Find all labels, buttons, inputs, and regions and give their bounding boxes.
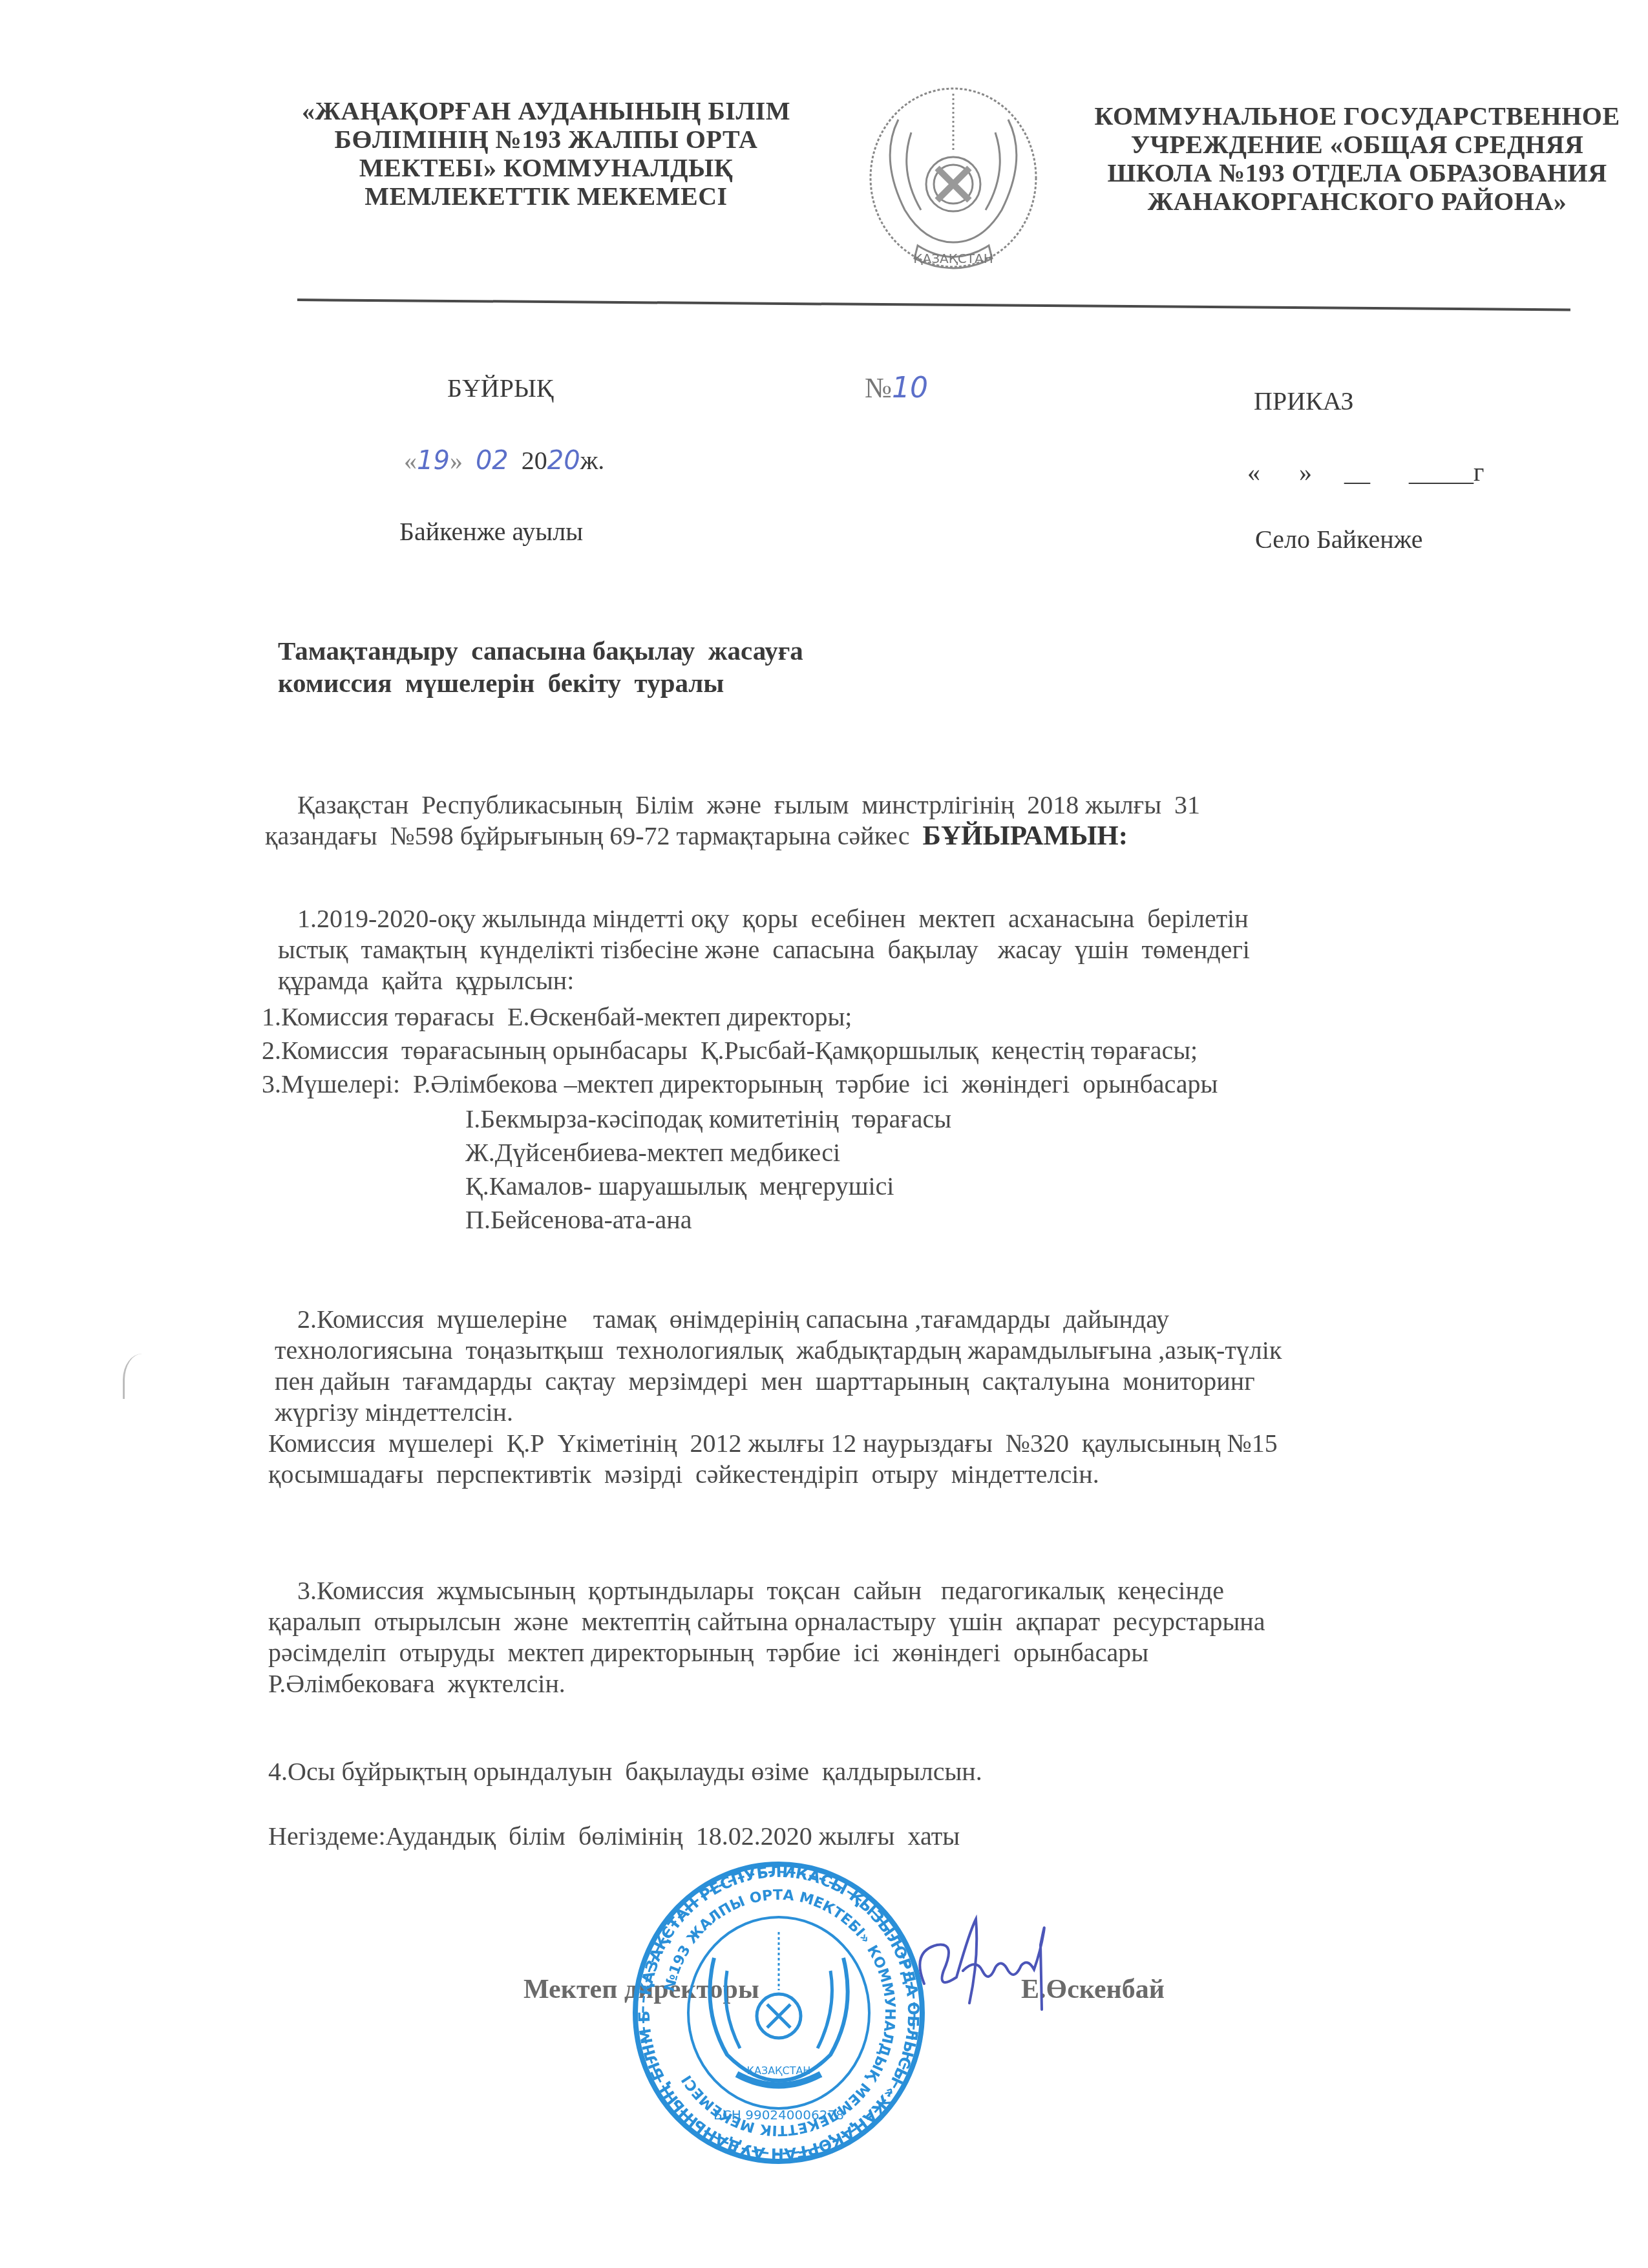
date-suffix: ж. [580,446,605,475]
place-kazakh: Байкенже ауылы [399,517,583,547]
order-number-value: 10 [892,372,928,404]
header-divider [297,299,1570,311]
member: Ж.Дүйсенбиева-мектеп медбикесі [465,1136,951,1170]
item-line: Комиссия мүшелері Қ.Р Үкіметінің 2012 жы… [265,1428,1545,1459]
item-2: 2.Комиссия мүшелеріне тамақ өнімдерінің … [265,1304,1545,1490]
item-3: 3.Комиссия жұмысының қортындылары тоқсан… [265,1575,1545,1699]
order-number: №10 [865,373,928,403]
item-line: жүргізу міндеттелсін. [265,1397,1545,1428]
item-line: 3.Комиссия жұмысының қортындылары тоқсан… [265,1575,1545,1606]
item-line: 1.2019-2020-оқу жылында міндетті оқу қор… [265,903,1545,934]
order-label-kazakh: БҰЙРЫҚ [447,373,554,403]
item-line: 2.Комиссия мүшелеріне тамақ өнімдерінің … [265,1304,1545,1335]
members-list: І.Бекмырза-кәсіподақ комитетінің төрағас… [465,1102,951,1237]
preamble: Қазақстан Республикасының Білім және ғыл… [265,790,1545,852]
org-line: МЕМЛЕКЕТТІК МЕКЕМЕСІ [271,182,821,211]
date-year-suffix: 20 [547,446,580,476]
order-date-kazakh: «19» 02 2020ж. [404,446,604,476]
composition-item: 1.Комиссия төрағасы Е.Өскенбай-мектеп ди… [262,1000,1541,1034]
org-line: ШКОЛА №193 ОТДЕЛА ОБРАЗОВАНИЯ [1073,159,1642,187]
item-line: қосымшадағы перспективтік мәзірді сәйкес… [265,1459,1545,1490]
basis: Негіздеме:Аудандық білім бөлімінің 18.02… [268,1821,1548,1852]
svg-text:ҚАЗАҚСТАН: ҚАЗАҚСТАН [913,251,993,266]
preamble-text: қазандағы №598 бұйрығының 69-72 тармақта… [265,821,910,850]
org-line: УЧРЕЖДЕНИЕ «ОБЩАЯ СРЕДНЯЯ [1073,131,1642,159]
scan-margin-mark [123,1354,144,1399]
date-day: 19 [417,446,450,476]
quote: « [404,446,417,475]
org-name-kazakh: «ЖАҢАҚОРҒАН АУДАНЫНЫҢ БІЛІМ БӨЛІМІНІҢ №1… [271,97,821,211]
handwritten-signature-icon [898,1906,1066,2022]
order-date-russian: « » __ _____г [1247,457,1484,487]
item-line: рәсімделіп отыруды мектеп директорының т… [265,1637,1545,1668]
item-line: ыстық тамақтың күнделікті тізбесіне және… [265,934,1545,965]
order-directive: БҰЙЫРАМЫН: [923,821,1128,851]
member: Қ.Камалов- шаруашылық меңгерушісі [465,1170,951,1203]
item-line: Р.Әлімбековаға жүктелсін. [265,1668,1545,1699]
title-line: Тамақтандыру сапасына бақылау жасауға [278,635,803,667]
item-line: қаралып отырылсын және мектептің сайтына… [265,1606,1545,1637]
item-line: пен дайын тағамдарды сақтау мерзімдері м… [265,1366,1545,1397]
preamble-line: Қазақстан Республикасының Білім және ғыл… [265,790,1545,821]
svg-text:БСН 990240006278: БСН 990240006278 [713,2107,844,2123]
place-russian: Село Байкенже [1255,525,1422,554]
member: І.Бекмырза-кәсіподақ комитетінің төрағас… [465,1102,951,1136]
member: П.Бейсенова-ата-ана [465,1203,951,1237]
date-year-prefix: 20 [522,446,547,475]
org-line: МЕКТЕБІ» КОММУНАЛДЫҚ [271,154,821,182]
preamble-line: қазандағы №598 бұйрығының 69-72 тармақта… [265,821,1545,852]
document-title: Тамақтандыру сапасына бақылау жасауға ко… [278,635,803,699]
date-month: 02 [476,446,509,476]
org-line: ЖАНАКОРГАНСКОГО РАЙОНА» [1073,187,1642,216]
org-line: КОММУНАЛЬНОЕ ГОСУДАРСТВЕННОЕ [1073,102,1642,131]
org-line: «ЖАҢАҚОРҒАН АУДАНЫНЫҢ БІЛІМ [271,97,821,125]
item-1: 1.2019-2020-оқу жылында міндетті оқу қор… [265,903,1545,996]
org-name-russian: КОММУНАЛЬНОЕ ГОСУДАРСТВЕННОЕ УЧРЕЖДЕНИЕ … [1073,102,1642,216]
state-emblem-icon: ҚАЗАҚСТАН [860,81,1047,281]
title-line: комиссия мүшелерін бекіту туралы [278,667,803,699]
order-label-russian: ПРИКАЗ [1254,386,1354,416]
number-sign: № [865,372,892,404]
composition-item: 2.Комиссия төрағасының орынбасары Қ.Рысб… [262,1034,1541,1067]
item-line: құрамда қайта құрылсын: [265,965,1545,996]
official-seal-icon: ҚАЗАҚСТАН РЕСПУБЛИКАСЫ ҚЫЗЫЛОРДА ОБЛЫСЫ … [630,1861,927,2165]
org-line: БӨЛІМІНІҢ №193 ЖАЛПЫ ОРТА [271,125,821,154]
quote: » [450,446,463,475]
item-line: технологиясына тоңазытқыш технологиялық … [265,1335,1545,1366]
composition-item: 3.Мүшелері: Р.Әлімбекова –мектеп директо… [262,1067,1541,1101]
svg-text:ҚАЗАҚСТАН: ҚАЗАҚСТАН [747,2064,811,2077]
composition-list: 1.Комиссия төрағасы Е.Өскенбай-мектеп ди… [262,1000,1541,1101]
item-4: 4.Осы бұйрықтың орындалуын бақылауды өзі… [268,1756,1548,1787]
